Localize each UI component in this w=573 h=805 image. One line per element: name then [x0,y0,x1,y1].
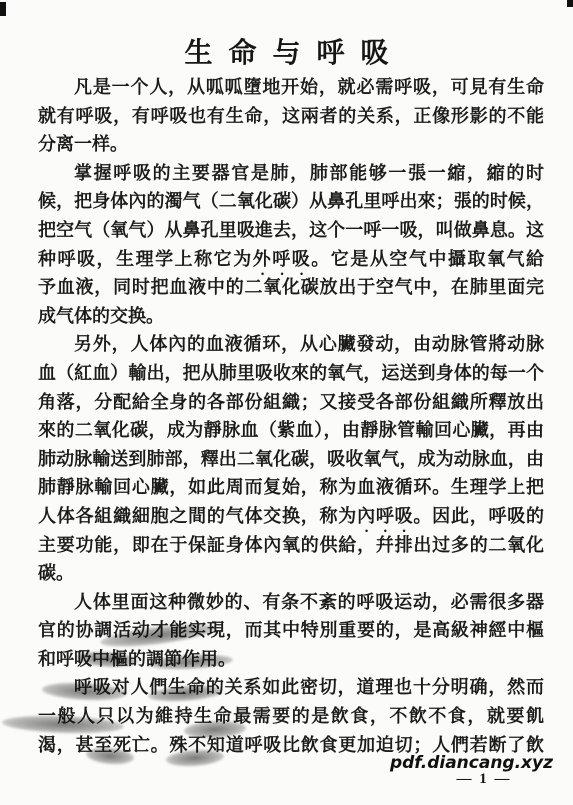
scan-artifact-top-right [567,0,573,7]
text-segment: 人体各組織細胞之間的气体交换，称为 [38,506,357,526]
page-title: 生命与呼吸 [0,31,573,71]
text-line: 來的二氧化碳，成为靜脉血（紫血），由靜脉管輸回心臟，再由 [38,416,544,445]
text-segment: 肺动脉輸送到肺部，釋出二氧化碳，吸收氧气，成为动脉血，由 [38,449,544,469]
text-segment: 主要功能，即在于保証身体內氧的供給，幷排出过多的二氧化 [38,535,544,555]
text-segment: 呼吸对人們生命的关系如此密切，道理也十分明确，然而 [74,677,544,697]
text-segment: 予血液，同时把血液中的二氧化碳放出于空气中，在肺里面完 [38,277,544,297]
text-block: 凡是一个人，从呱呱墮地开始，就必需呼吸，可見有生命就有呼吸，有呼吸也有生命，这兩… [38,73,544,759]
text-segment: 另外，人体內的血液循环，从心臟發动，由动脉管將动脉 [74,334,544,354]
text-line: 官的协調活动才能实現，而其中特別重要的，是高級神經中樞 [38,616,544,645]
text-segment: 和呼吸中樞的調節作用。 [38,649,236,669]
text-line: 种呼吸，生理学上称它为外呼吸。它是从空气中攝取氧气給 [38,245,544,274]
text-line: 人体各組織細胞之間的气体交换，称为內呼吸。因此，呼吸的 [38,502,544,531]
page-number: — 1 — [452,771,516,788]
text-segment: 角落，分配給全身的各部份組織；又接受各部份組織所釋放出 [38,392,544,412]
text-segment: 渴，甚至死亡。殊不知道呼吸比飲食更加迫切；人們若断了飲 [38,735,544,755]
text-line: 人体里面这种微妙的、有条不紊的呼吸运动，必需很多器 [38,588,544,617]
text-segment: 血（紅血）輸出，把从肺里吸收來的氧气，运送到身体的每一个 [38,363,544,383]
text-segment: 官的协調活动才能实現，而其中特別重要的，是高級神經中樞 [38,620,544,640]
text-segment: 碳。 [38,563,74,583]
text-line: 血（紅血）輸出，把从肺里吸收來的氧气，运送到身体的每一个 [38,359,544,388]
text-segment: 分离一样。 [38,134,128,154]
text-line: 主要功能，即在于保証身体內氧的供給，幷排出过多的二氧化 [38,531,544,560]
text-line: 肺靜脉輸回心臟，如此周而复始，称为血液循环。生理学上把 [38,473,544,502]
text-segment: 。因此，呼吸的 [413,506,544,526]
text-line: 掌握呼吸的主要器官是肺，肺部能够一張一縮，縮的时 [38,159,544,188]
text-line: 肺动脉輸送到肺部，釋出二氧化碳，吸收氧气，成为动脉血，由 [38,445,544,474]
text-line: 另外，人体內的血液循环，从心臟發动，由动脉管將动脉 [38,330,544,359]
text-line: 和呼吸中樞的調節作用。 [38,645,544,674]
text-line: 成气体的交换。 [38,302,544,331]
text-segment: 肺靜脉輸回心臟，如此周而复始，称为血液循环。生理学上把 [38,477,544,497]
text-segment: 凡是一个人，从呱呱墮地开始，就必需呼吸，可見有生命 [74,77,544,97]
text-line: 予血液，同时把血液中的二氧化碳放出于空气中，在肺里面完 [38,273,544,302]
scan-artifact-top-left [0,2,6,16]
text-segment: 成气体的交换。 [38,306,164,326]
emphasized-text: 外呼吸 [253,249,312,269]
text-segment: 來的二氧化碳，成为靜脉血（紫血），由靜脉管輸回心臟，再由 [38,420,544,440]
text-segment: 。它是从空气中攝取氧气給 [311,249,544,269]
text-segment: 种呼吸，生理学上称它为 [38,249,253,269]
emphasized-text: 內呼吸 [357,506,413,526]
text-line: 就有呼吸，有呼吸也有生命，这兩者的关系，正像形影的不能 [38,102,544,131]
text-segment: 掌握呼吸的主要器官是肺，肺部能够一張一縮，縮的时 [74,163,544,183]
text-segment: 候，把身体內的濁气（二氧化碳）从鼻孔里呼出來；張的时候， [38,191,544,211]
text-line: 凡是一个人，从呱呱墮地开始，就必需呼吸，可見有生命 [38,73,544,102]
text-line: 角落，分配給全身的各部份組織；又接受各部份組織所釋放出 [38,388,544,417]
text-line: 碳。 [38,559,544,588]
text-segment: 一般人只以为維持生命最需要的是飲食，不飲不食，就要飢 [38,706,544,726]
text-line: 一般人只以为維持生命最需要的是飲食，不飲不食，就要飢 [38,702,544,731]
watermark: pdf.diancang.xyz [390,753,553,773]
text-line: 把空气（氧气）从鼻孔里吸進去，这个一呼一吸，叫做鼻息。这 [38,216,544,245]
text-line: 呼吸对人們生命的关系如此密切，道理也十分明确，然而 [38,673,544,702]
text-line: 候，把身体內的濁气（二氧化碳）从鼻孔里呼出來；張的时候， [38,187,544,216]
text-line: 分离一样。 [38,130,544,159]
text-segment: 就有呼吸，有呼吸也有生命，这兩者的关系，正像形影的不能 [38,106,544,126]
text-segment: 人体里面这种微妙的、有条不紊的呼吸运动，必需很多器 [74,592,544,612]
text-segment: 把空气（氧气）从鼻孔里吸進去，这个一呼一吸，叫做鼻息。这 [38,220,544,240]
